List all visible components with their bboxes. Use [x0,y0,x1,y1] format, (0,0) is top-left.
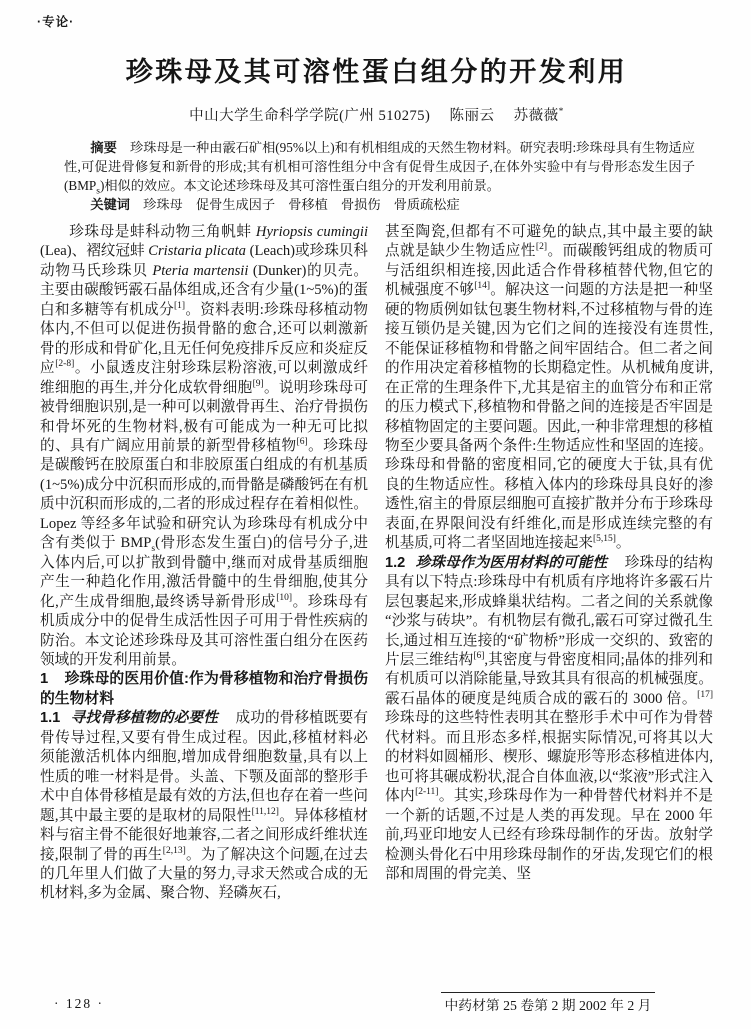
keywords-label: 关键词 [90,197,130,212]
left-column: 珍珠母是蚌科动物三角帆蚌 Hyriopsis cumingii (Lea)、褶纹… [40,223,368,1005]
two-column-body: 珍珠母是蚌科动物三角帆蚌 Hyriopsis cumingii (Lea)、褶纹… [40,223,713,1005]
journal-article-page: ·专论· 珍珠母及其可溶性蛋白组分的开发利用 中山大学生命科学学院(广州 510… [0,0,751,1029]
section-1-2-title: 珍珠母作为医用材料的可能性 [416,555,608,571]
abstract-paragraph: 摘要珍珠母是一种由霰石矿相(95%以上)和有机相组成的天然生物材料。研究表明:珍… [64,138,695,195]
affiliation-authors-line: 中山大学生命科学学院(广州 510275) 陈丽云 苏薇薇* [40,104,713,125]
section-1-1-number: 1.1 [40,710,60,726]
section-1-1-paragraph: 1.1寻找骨移植物的必要性成功的骨移植既要有骨传导过程,又要有骨生成过程。因此,… [40,709,368,904]
intro-paragraph: 珍珠母是蚌科动物三角帆蚌 Hyriopsis cumingii (Lea)、褶纹… [40,223,368,670]
keywords-line: 关键词珍珠母 促骨生成因子 骨移植 骨损伤 骨质疏松症 [64,195,695,214]
page-footer: · 128 · 中药材第 25 卷第 2 期 2002 年 2 月 [40,992,713,1014]
section-1-1-text: 成功的骨移植既要有骨传导过程,又要有骨生成过程。因此,移植材料必须能激活机体内细… [40,710,368,901]
abstract-text: 珍珠母是一种由霰石矿相(95%以上)和有机相组成的天然生物材料。研究表明:珍珠母… [64,140,695,193]
abstract-block: 摘要珍珠母是一种由霰石矿相(95%以上)和有机相组成的天然生物材料。研究表明:珍… [64,138,695,214]
section-1-title: 珍珠母的医用价值:作为骨移植物和治疗骨损伤的生物材料 [40,671,368,706]
column-marker: ·专论· [37,12,713,30]
section-1-1-title: 寻找骨移植物的必要性 [71,710,218,726]
section-1-heading: 1珍珠母的医用价值:作为骨移植物和治疗骨损伤的生物材料 [40,670,368,709]
abstract-label: 摘要 [90,140,116,155]
journal-issue-line: 中药材第 25 卷第 2 期 2002 年 2 月 [383,992,713,1014]
article-title: 珍珠母及其可溶性蛋白组分的开发利用 [40,50,713,89]
section-1-2-paragraph: 1.2珍珠母作为医用材料的可能性珍珠母的结构具有以下特点:珍珠母中有机质有序地将… [385,554,713,885]
right-column: 甚至陶瓷,但都有不可避免的缺点,其中最主要的缺点就是缺少生物适应性[2]。而碳酸… [385,223,713,1005]
section-1-2-number: 1.2 [385,555,405,571]
page-number: · 128 · [54,996,104,1012]
section-1-number: 1 [40,671,48,687]
section-1-2-text: 珍珠母的结构具有以下特点:珍珠母中有机质有序地将许多霰石片层包裹起来,形成蜂巢状… [385,555,713,882]
continued-paragraph: 甚至陶瓷,但都有不可避免的缺点,其中最主要的缺点就是缺少生物适应性[2]。而碳酸… [385,223,713,554]
keywords-text: 珍珠母 促骨生成因子 骨移植 骨损伤 骨质疏松症 [143,197,460,212]
